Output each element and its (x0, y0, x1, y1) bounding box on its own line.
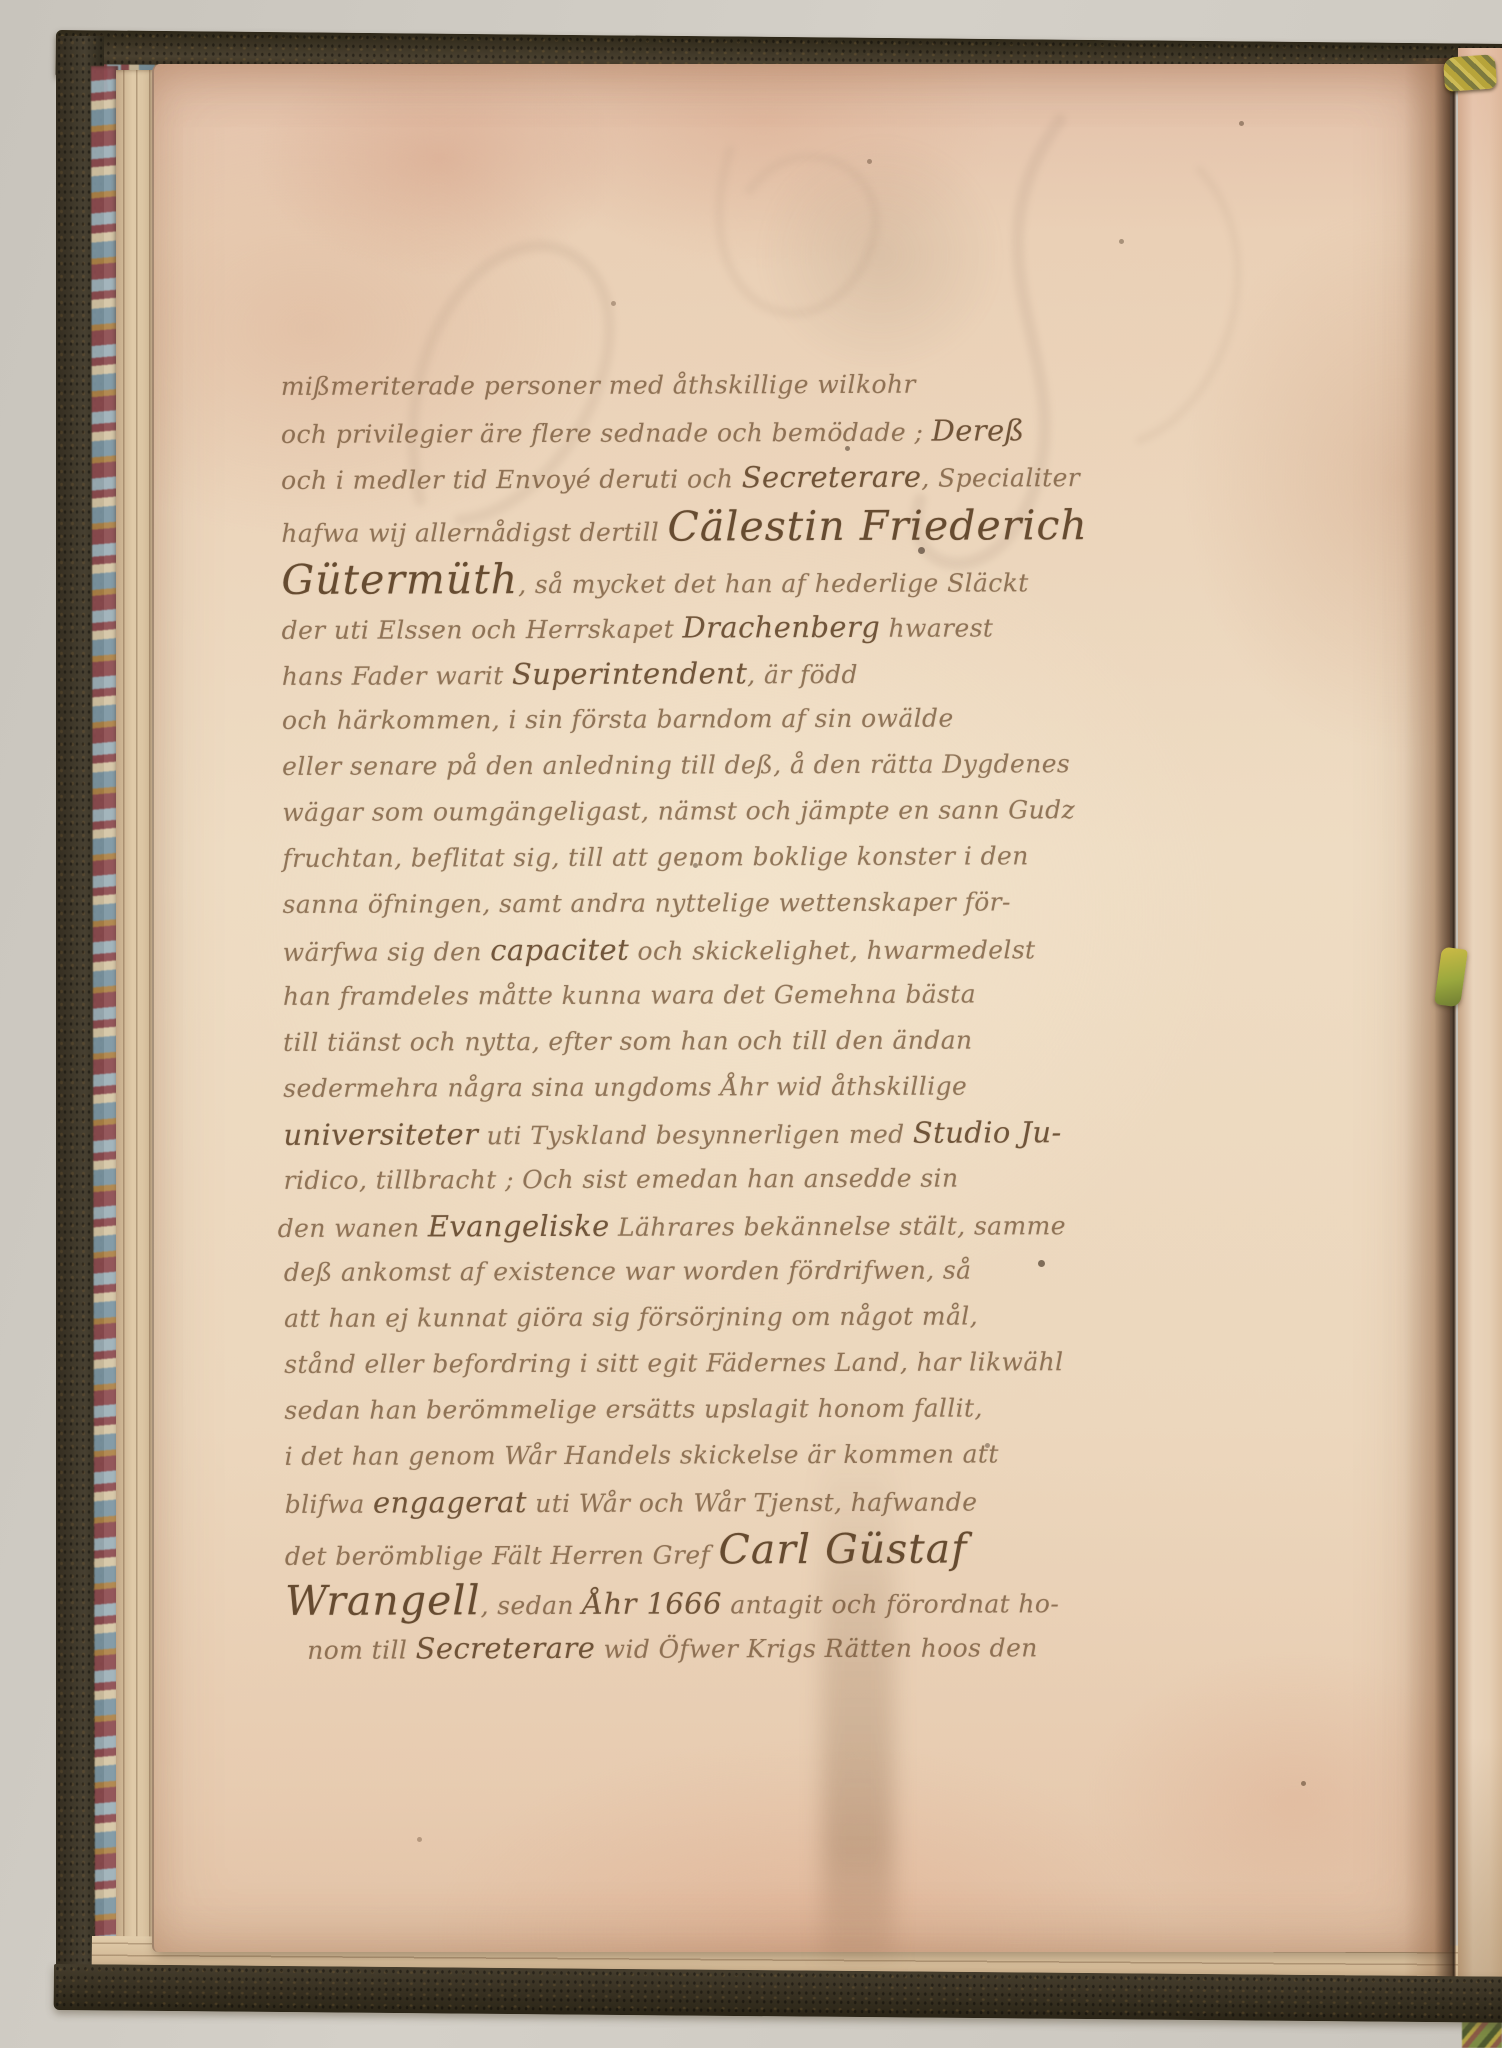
manuscript-text-segment: han framdeles måtte kunna wara det Gemeh… (283, 980, 976, 1011)
manuscript-text-segment: Gütermüth (281, 555, 518, 604)
manuscript-text-segment: , sedan (480, 1591, 582, 1620)
manuscript-line: och härkommen, i sin första barndom af s… (282, 694, 1382, 744)
manuscript-text-segment: det berömblige Fält Herren Gref (285, 1540, 719, 1571)
manuscript-text-segment: stånd eller befordring i sitt egit Fäder… (284, 1347, 1063, 1379)
manuscript-text-segment: hafwa wij allernådigst dertill (281, 518, 667, 548)
manuscript-line: den wanen Evangeliske Lährares bekännels… (278, 1200, 1384, 1250)
manuscript-text-segment: Åhr 1666 (582, 1586, 722, 1620)
manuscript-text-segment: och skickelighet, hwarmedelst (629, 935, 1035, 965)
manuscript-text-segment: Evangeliske (428, 1209, 610, 1244)
manuscript-line: och i medler tid Envoyé deruti och Secre… (281, 452, 1381, 502)
open-book-scan: mißmeriterade personer med åthskillige w… (0, 0, 1502, 2048)
manuscript-text-segment: eller senare på den anledning till deß, … (282, 749, 1070, 781)
manuscript-line: universiteter uti Tyskland besynnerligen… (283, 1108, 1383, 1158)
manuscript-line: sanna öfningen, samt andra nyttelige wet… (283, 878, 1383, 928)
manuscript-line: hans Fader warit Superintendent, är född (282, 648, 1382, 698)
manuscript-line: sedan han berömmelige ersätts upslagit h… (284, 1384, 1384, 1434)
manuscript-text-segment: och härkommen, i sin första barndom af s… (282, 704, 954, 735)
manuscript-line: stånd eller befordring i sitt egit Fäder… (284, 1338, 1384, 1388)
manuscript-text-segment: Wrangell (285, 1576, 481, 1625)
manuscript-text-block: mißmeriterade personer med åthskillige w… (281, 360, 1386, 1672)
manuscript-text-segment: uti Tyskland besynnerligen med (478, 1120, 913, 1151)
manuscript-text-segment: att han ej kunnat giöra sig försörjning … (284, 1301, 978, 1332)
scanner-background: { "manuscript": { "script_type": "handwr… (0, 0, 1502, 2048)
manuscript-line: mißmeriterade personer med åthskillige w… (281, 360, 1381, 410)
manuscript-line: Gütermüth, så mycket det han af hederlig… (281, 550, 1381, 606)
manuscript-line: till tiänst och nytta, efter som han och… (283, 1016, 1383, 1066)
manuscript-text-segment: den wanen (278, 1213, 428, 1243)
manuscript-text-segment: deß ankomst af existence war worden förd… (284, 1256, 972, 1287)
manuscript-text-segment: Dereß (932, 413, 1025, 447)
manuscript-text-segment: sanna öfningen, samt andra nyttelige wet… (283, 887, 1011, 919)
manuscript-text-segment: och i medler tid Envoyé deruti och (281, 464, 742, 495)
gutter-shadow (1404, 58, 1456, 2002)
manuscript-line: och privilegier äre flere sednade och be… (281, 406, 1381, 456)
manuscript-line: fruchtan, beflitat sig, till att genom b… (282, 832, 1382, 882)
manuscript-line: det berömblige Fält Herren Gref Carl Güs… (285, 1522, 1385, 1576)
manuscript-text-segment: , Specialiter (921, 463, 1080, 493)
manuscript-text-segment: nom till (307, 1635, 415, 1664)
manuscript-line: eller senare på den anledning till deß, … (282, 740, 1382, 790)
manuscript-line: nom till Secreterare wid Öfwer Krigs Rät… (285, 1622, 1385, 1672)
manuscript-text-segment: wärfwa sig den (283, 937, 490, 967)
manuscript-text-segment: till tiänst och nytta, efter som han och… (283, 1026, 972, 1057)
manuscript-line: han framdeles måtte kunna wara det Gemeh… (283, 970, 1383, 1020)
manuscript-line: blifwa engagerat uti Wår och Wår Tjenst,… (285, 1476, 1385, 1526)
manuscript-text-segment: der uti Elssen och Herrskapet (282, 615, 683, 645)
manuscript-line: i det han genom Wår Handels skickelse är… (284, 1430, 1384, 1480)
manuscript-text-segment: hans Fader warit (282, 661, 512, 691)
manuscript-text-segment: Drachenberg (682, 610, 880, 645)
manuscript-text-segment: wid Öfwer Krigs Rätten hoos den (595, 1633, 1038, 1664)
manuscript-text-segment: , är född (747, 660, 858, 689)
manuscript-text-segment: Secreterare (742, 460, 922, 495)
manuscript-text-segment: uti Wår och Wår Tjenst, hafwande (527, 1487, 978, 1518)
manuscript-text-segment: engagerat (373, 1485, 527, 1520)
manuscript-text-segment: mißmeriterade personer med åthskillige w… (281, 370, 916, 401)
manuscript-line: Wrangell, sedan Åhr 1666 antagit och för… (285, 1572, 1385, 1626)
manuscript-text-segment: blifwa (285, 1490, 373, 1519)
manuscript-text-segment: capacitet (490, 933, 629, 967)
manuscript-text-segment: universiteter (283, 1117, 478, 1152)
manuscript-line: hafwa wij allernådigst dertill Cälestin … (281, 498, 1381, 554)
manuscript-text-segment: Superintendent (512, 656, 747, 691)
manuscript-line: att han ej kunnat giöra sig försörjning … (284, 1292, 1384, 1342)
manuscript-line: der uti Elssen och Herrskapet Drachenber… (282, 602, 1382, 652)
manuscript-text-segment: ridico, tillbracht ; Och sist emedan han… (284, 1164, 959, 1195)
manuscript-text-segment: Cälestin Friederich (667, 501, 1087, 550)
manuscript-text-segment: och privilegier äre flere sednade och be… (281, 418, 932, 449)
manuscript-line: wägar som oumgängeligast, nämst och jämp… (282, 786, 1382, 836)
manuscript-text-segment: wägar som oumgängeligast, nämst och jämp… (282, 795, 1075, 827)
facing-page-edge (1458, 48, 1502, 2012)
manuscript-text-segment: sedermehra några sina ungdoms Åhr wid åt… (283, 1072, 967, 1103)
manuscript-text-segment: sedan han berömmelige ersätts upslagit h… (284, 1393, 983, 1424)
manuscript-text-segment: Lährares bekännelse stält, samme (610, 1211, 1066, 1242)
manuscript-text-segment: fruchtan, beflitat sig, till att genom b… (282, 841, 1028, 873)
manuscript-text-segment: , så mycket det han af hederlige Släckt (518, 568, 1029, 599)
manuscript-text-segment: Secreterare (416, 1631, 596, 1666)
manuscript-line: ridico, tillbracht ; Och sist emedan han… (283, 1154, 1383, 1204)
manuscript-text-segment: antagit och förordnat ho- (722, 1589, 1059, 1619)
manuscript-text-segment: hwarest (880, 613, 993, 642)
manuscript-line: wärfwa sig den capacitet och skickelighe… (283, 924, 1383, 974)
manuscript-text-segment: Studio Ju- (913, 1115, 1062, 1150)
foxing-specks (0, 0, 3, 3)
manuscript-line: deß ankomst af existence war worden förd… (284, 1246, 1384, 1296)
manuscript-text-segment: Carl Güstaf (718, 1525, 967, 1574)
endband-top (1443, 54, 1497, 92)
manuscript-line: sedermehra några sina ungdoms Åhr wid åt… (283, 1062, 1383, 1112)
manuscript-text-segment: i det han genom Wår Handels skickelse är… (284, 1439, 998, 1470)
